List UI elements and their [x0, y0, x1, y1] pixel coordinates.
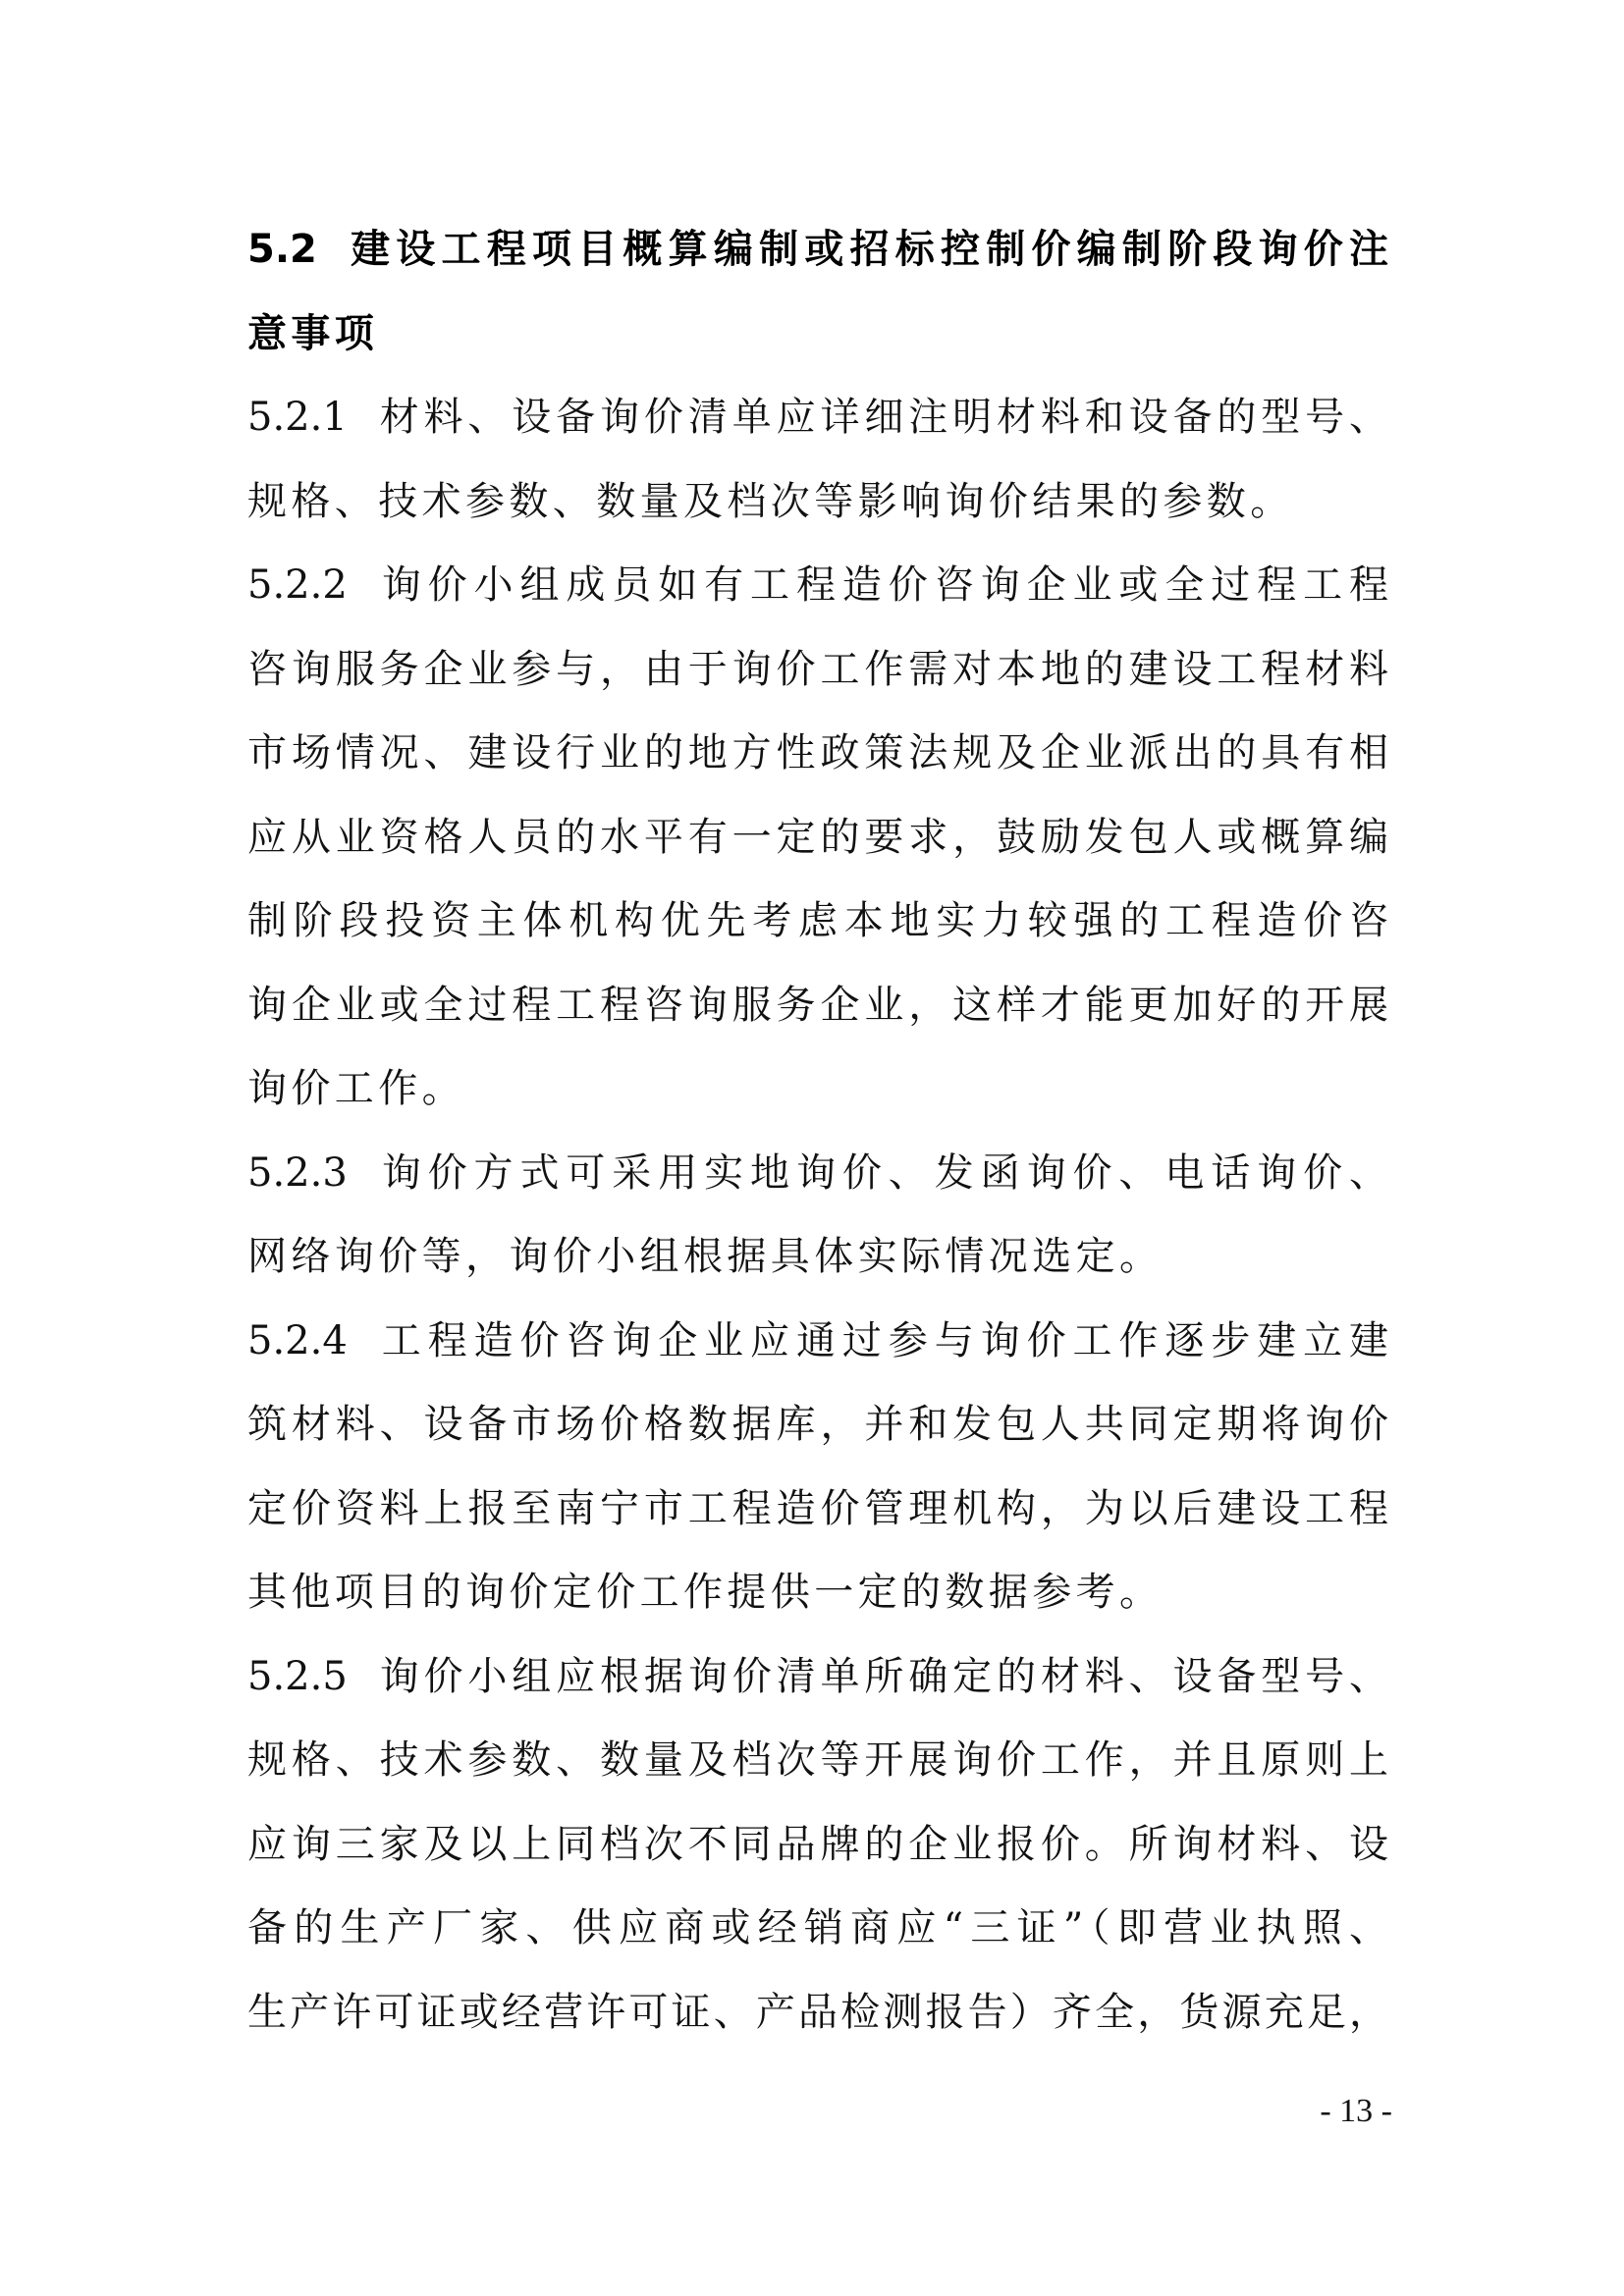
clause-text: 询价小组成员如有工程造价咨询企业或全过程工程 — [375, 562, 1388, 608]
clause-text: 询价方式可采用实地询价、发函询价、电话询价、 — [375, 1150, 1388, 1196]
clause-text-line: 网络询价等，询价小组根据具体实际情况选定。 — [247, 1215, 1388, 1300]
clause-text-line: 规格、技术参数、数量及档次等开展询价工作，并且原则上 — [247, 1719, 1388, 1803]
text-column: 5.2建设工程项目概算编制或招标控制价编制阶段询价注 意事项 5.2.1材料、设… — [247, 208, 1388, 2055]
document-page: 5.2建设工程项目概算编制或招标控制价编制阶段询价注 意事项 5.2.1材料、设… — [0, 0, 1624, 2296]
clause-text-line: 应从业资格人员的水平有一定的要求，鼓励发包人或概算编 — [247, 796, 1388, 881]
clause-text: 材料、设备询价清单应详细注明材料和设备的型号、 — [375, 395, 1388, 440]
section-heading-cont: 意事项 — [247, 293, 1388, 377]
clause-number: 5.2.2 — [247, 562, 348, 608]
section-number: 5.2 — [247, 227, 317, 272]
clause-text-line: 市场情况、建设行业的地方性政策法规及企业派出的具有相 — [247, 712, 1388, 796]
clause-text-line: 应询三家及以上同档次不同品牌的企业报价。所询材料、设 — [247, 1803, 1388, 1888]
clause-text-line: 制阶段投资主体机构优先考虑本地实力较强的工程造价咨 — [247, 880, 1388, 964]
clause-number: 5.2.5 — [247, 1654, 348, 1699]
clause-text-line: 筑材料、设备市场价格数据库，并和发包人共同定期将询价 — [247, 1383, 1388, 1468]
clause-text-line: 其他项目的询价定价工作提供一定的数据参考。 — [247, 1551, 1388, 1635]
clause-text-line: 规格、技术参数、数量及档次等影响询价结果的参数。 — [247, 460, 1388, 545]
page-number: - 13 - — [1294, 2093, 1392, 2130]
clause-number: 5.2.4 — [247, 1318, 348, 1363]
section-heading: 5.2建设工程项目概算编制或招标控制价编制阶段询价注 — [247, 208, 1388, 293]
clause-text-line: 定价资料上报至南宁市工程造价管理机构，为以后建设工程 — [247, 1468, 1388, 1552]
section-title-line-1: 建设工程项目概算编制或招标控制价编制阶段询价注 — [345, 227, 1388, 272]
clause-5-2-1: 5.2.1材料、设备询价清单应详细注明材料和设备的型号、 — [247, 376, 1388, 460]
clause-text: 工程造价咨询企业应通过参与询价工作逐步建立建 — [375, 1318, 1388, 1363]
clause-5-2-4: 5.2.4工程造价咨询企业应通过参与询价工作逐步建立建 — [247, 1300, 1388, 1384]
clause-5-2-2: 5.2.2询价小组成员如有工程造价咨询企业或全过程工程 — [247, 544, 1388, 628]
clause-text: 询价小组应根据询价清单所确定的材料、设备型号、 — [375, 1654, 1388, 1699]
clause-number: 5.2.1 — [247, 395, 348, 440]
clause-5-2-5: 5.2.5询价小组应根据询价清单所确定的材料、设备型号、 — [247, 1635, 1388, 1720]
clause-text-line: 询价工作。 — [247, 1047, 1388, 1132]
clause-text-line: 询企业或全过程工程咨询服务企业，这样才能更加好的开展 — [247, 964, 1388, 1048]
clause-5-2-3: 5.2.3询价方式可采用实地询价、发函询价、电话询价、 — [247, 1132, 1388, 1216]
clause-text-line: 生产许可证或经营许可证、产品检测报告）齐全，货源充足， — [247, 1971, 1388, 2056]
clause-number: 5.2.3 — [247, 1150, 348, 1196]
section-title-line-2: 意事项 — [247, 311, 378, 356]
clause-text-line: 备的生产厂家、供应商或经销商应“三证”（即营业执照、 — [247, 1887, 1388, 1971]
clause-text-line: 咨询服务企业参与，由于询价工作需对本地的建设工程材料 — [247, 628, 1388, 713]
